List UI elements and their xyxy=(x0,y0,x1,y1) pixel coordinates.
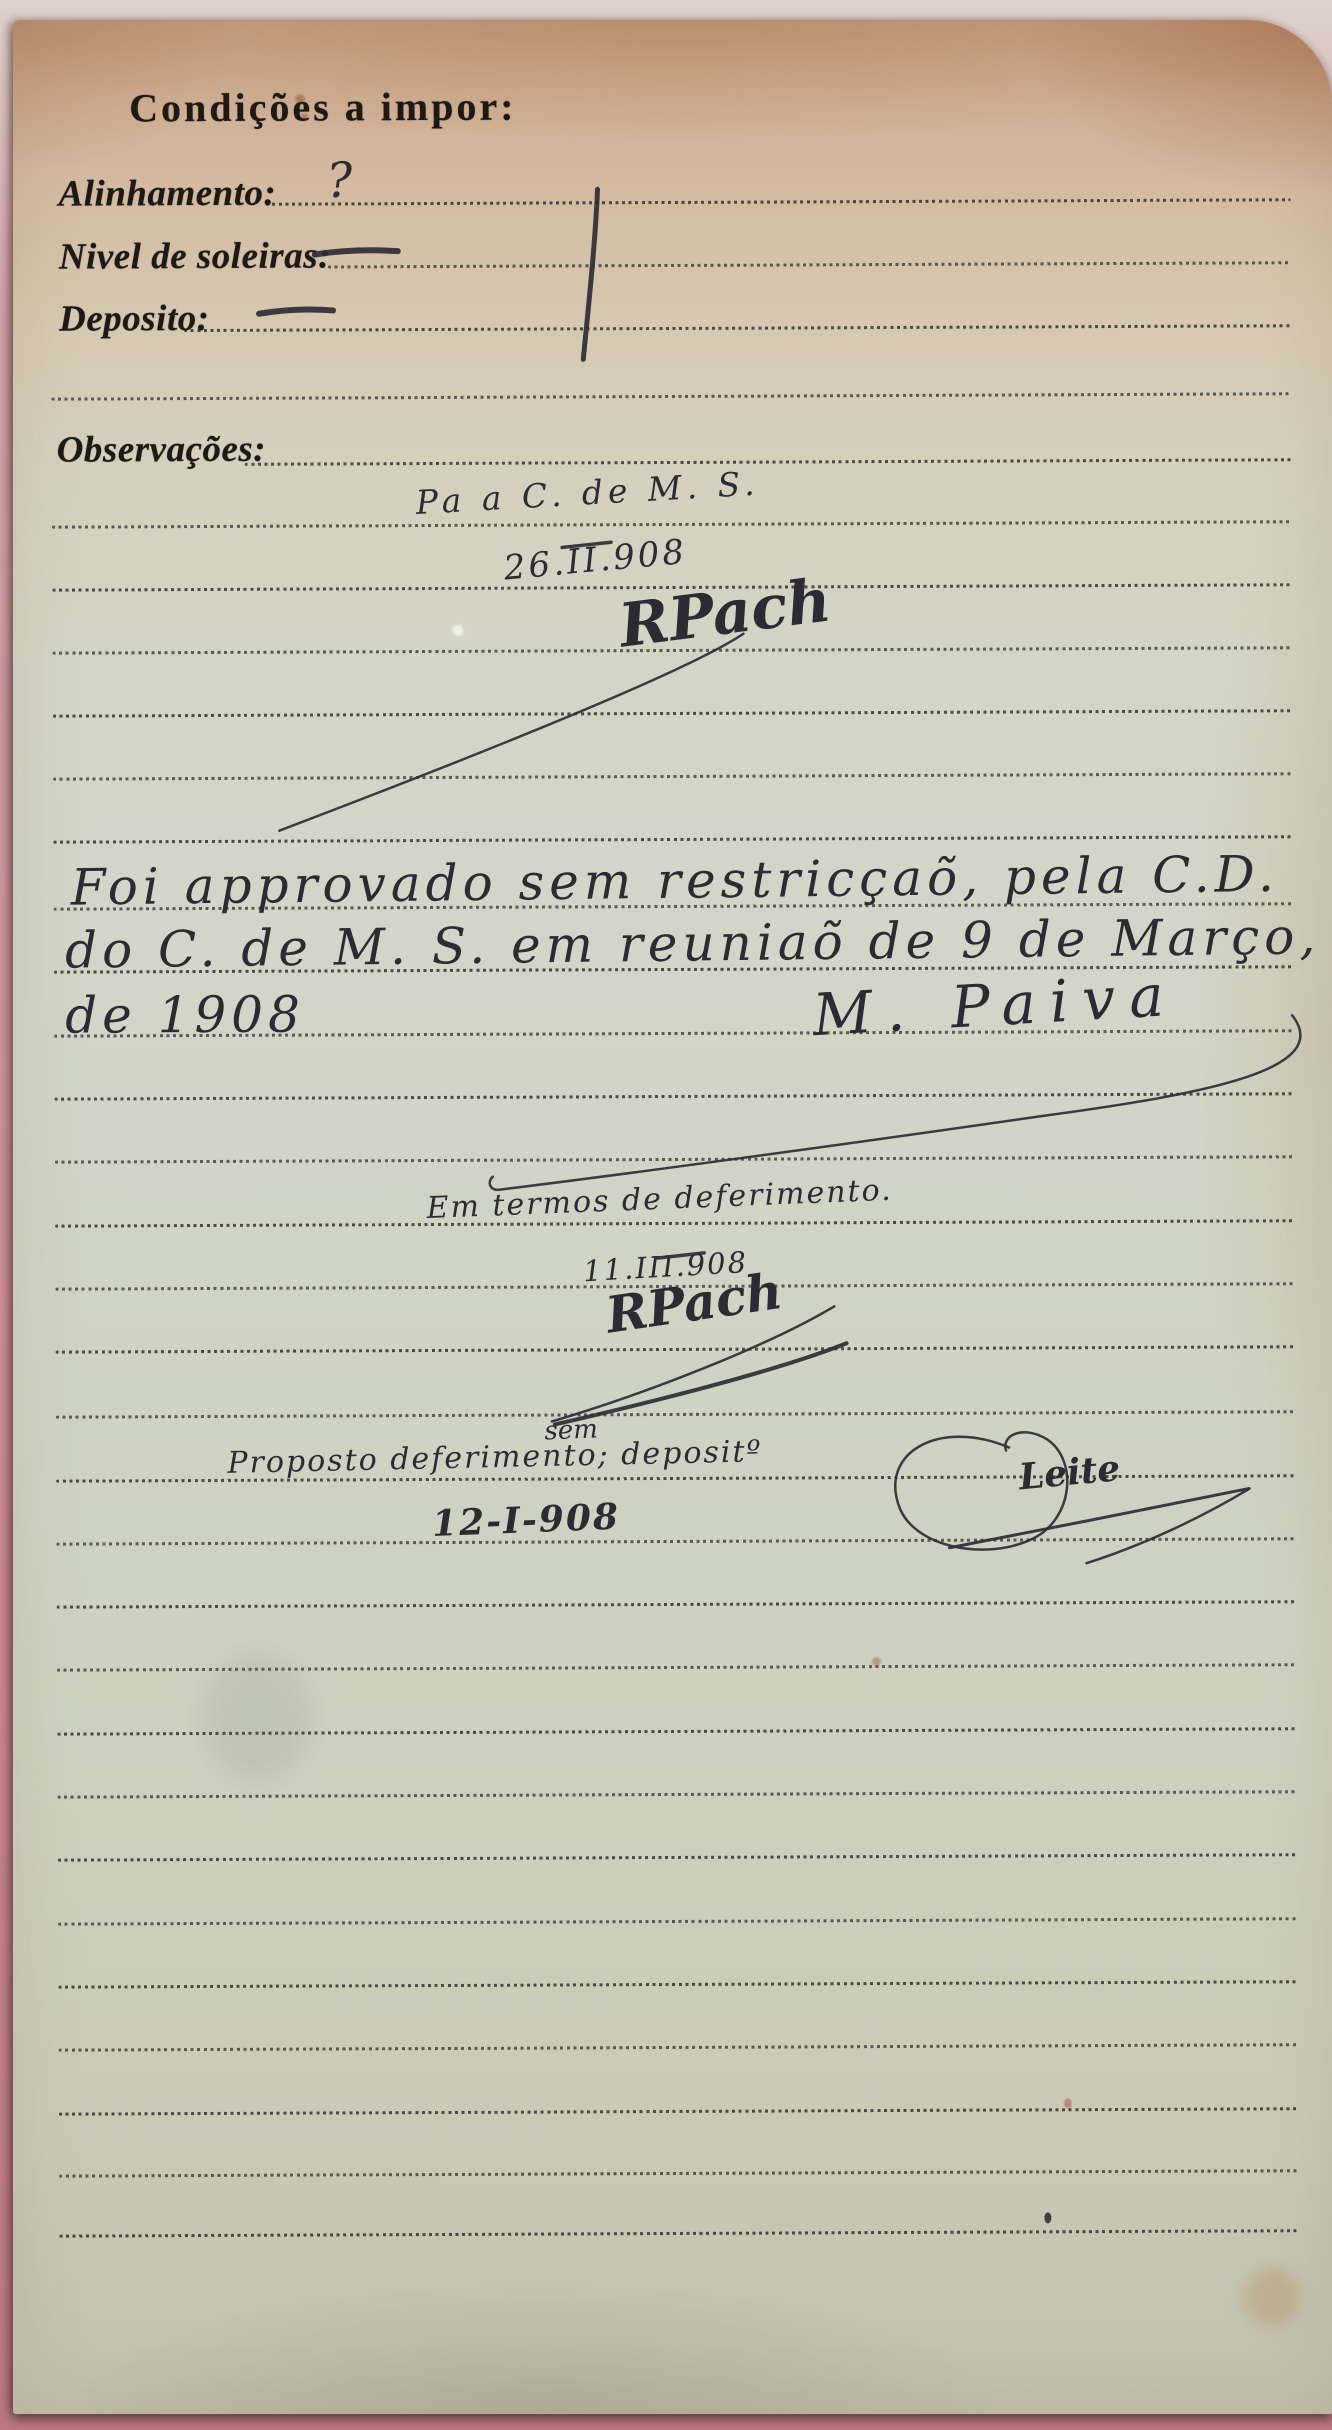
dotted-rule xyxy=(55,1219,1295,1227)
paper-fleck xyxy=(452,625,463,636)
dotted-rule xyxy=(53,835,1293,843)
dotted-rule xyxy=(59,2043,1299,2051)
handwritten-deferral-note: Em termos de deferimento. xyxy=(426,1173,893,1226)
corner-stain xyxy=(1245,2267,1300,2327)
page-content: Condições a impor: Alinhamento: Nivel de… xyxy=(0,0,1332,2430)
smudge-stain xyxy=(202,1652,313,1782)
field-label-nivel-de-soleiras: Nivel de soleiras: xyxy=(59,234,331,278)
dotted-rule xyxy=(56,1410,1296,1418)
dotted-rule xyxy=(58,1980,1298,1988)
handwritten-date-12-i-908: 12-I-908 xyxy=(431,1496,620,1545)
dotted-rule xyxy=(51,392,1291,400)
dotted-rule xyxy=(56,1345,1296,1353)
dotted-rule xyxy=(52,520,1292,528)
red-speck xyxy=(1064,2098,1072,2108)
dotted-rule xyxy=(58,1853,1298,1861)
dotted-rule xyxy=(59,2169,1299,2177)
dotted-rule xyxy=(57,1727,1297,1735)
ink-speck xyxy=(1044,2212,1051,2223)
ruled-lines xyxy=(0,0,1327,3)
dotted-rule xyxy=(184,324,1291,332)
handwritten-date-26-ii-908: 26.II.908 xyxy=(502,532,689,589)
ink-signature1-tail xyxy=(278,634,744,831)
field-label-alinhamento: Alinhamento: xyxy=(58,172,276,216)
field-label-deposito: Deposito: xyxy=(59,297,210,341)
dotted-rule xyxy=(53,772,1293,780)
ink-vertical-stroke xyxy=(583,189,599,359)
dotted-rule xyxy=(59,2229,1299,2237)
ink-leite-underline-b xyxy=(1086,1489,1248,1563)
scanned-document-page: Condições a impor: Alinhamento: Nivel de… xyxy=(0,0,1332,2430)
field-label-observacoes: Observações: xyxy=(57,428,267,472)
dotted-rule xyxy=(58,1790,1298,1798)
signature-pacheco-1: RPach xyxy=(615,565,835,661)
dotted-rule xyxy=(55,1155,1295,1163)
dotted-rule xyxy=(54,1092,1294,1100)
dotted-rule xyxy=(245,458,1292,466)
handwritten-question-mark: ? xyxy=(325,152,354,209)
dotted-rule xyxy=(58,1917,1298,1925)
signature-paiva: M. Paiva xyxy=(811,961,1179,1050)
dotted-rule xyxy=(53,709,1293,717)
dotted-rule xyxy=(57,1663,1297,1671)
dotted-rule xyxy=(328,261,1291,268)
handwritten-proposal-note: Proposto deferimento; depositº xyxy=(227,1434,763,1481)
dotted-rule xyxy=(56,1537,1296,1545)
dotted-rule xyxy=(266,198,1291,205)
handwritten-approval-line-3: de 1908 xyxy=(65,986,305,1045)
handwritten-note-committee: Pa a C. de M. S. xyxy=(415,464,761,522)
dotted-rule xyxy=(59,2107,1299,2115)
ink-dash-deposito xyxy=(259,309,333,313)
form-heading: Condições a impor: xyxy=(129,83,517,132)
dotted-rule xyxy=(57,1600,1297,1608)
signature-leite-text: Leite xyxy=(1017,1447,1122,1498)
